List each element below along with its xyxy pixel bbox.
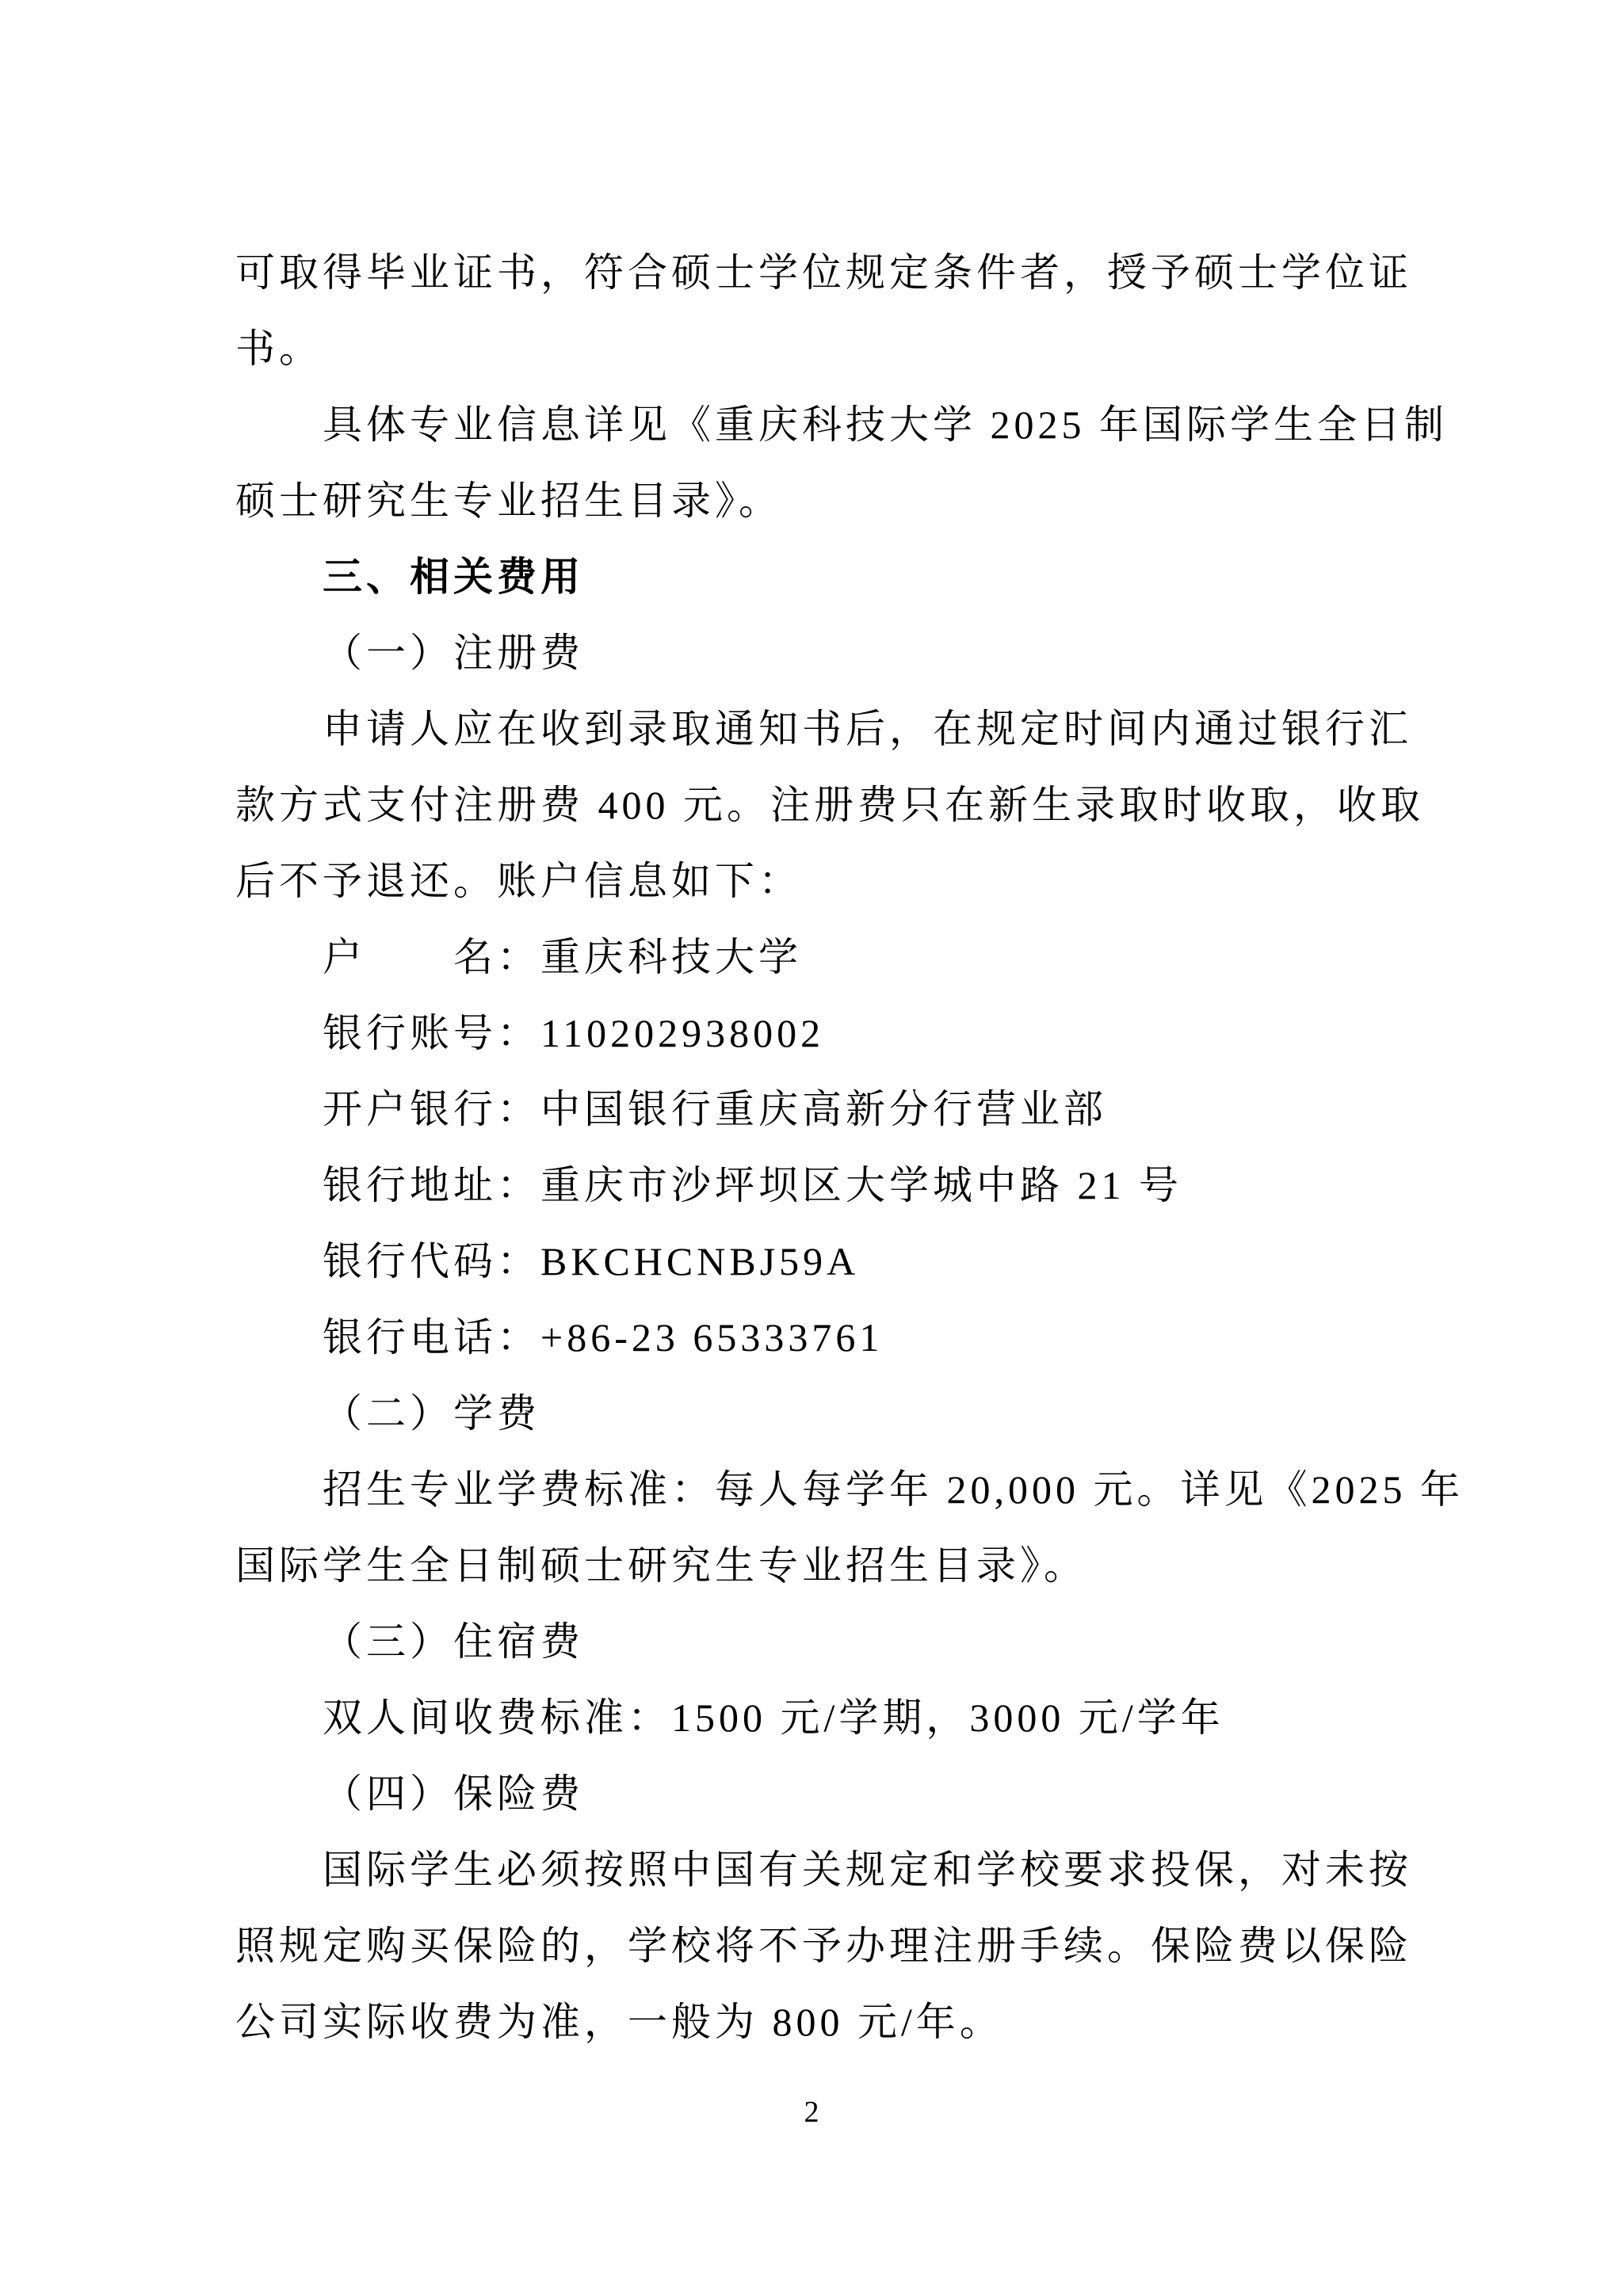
paragraph-line: 书。 [235, 311, 1413, 387]
bank-phone-line: 银行电话：+86-23 65333761 [235, 1299, 1413, 1375]
subheading-insurance-fee: （四）保险费 [235, 1756, 1413, 1832]
subheading-registration-fee: （一）注册费 [235, 615, 1413, 691]
bank-branch-line: 开户银行：中国银行重庆高新分行营业部 [235, 1071, 1413, 1147]
paragraph-line: 具体专业信息详见《重庆科技大学 2025 年国际学生全日制 [235, 387, 1413, 463]
bank-address-line: 银行地址：重庆市沙坪坝区大学城中路 21 号 [235, 1147, 1413, 1223]
paragraph-line: 公司实际收费为准，一般为 800 元/年。 [235, 1984, 1413, 2060]
page-number: 2 [0, 2088, 1623, 2136]
paragraph-line: 国际学生必须按照中国有关规定和学校要求投保，对未按 [235, 1832, 1413, 1908]
paragraph-line: 可取得毕业证书，符合硕士学位规定条件者，授予硕士学位证 [235, 235, 1413, 311]
bank-swift-code-line: 银行代码：BKCHCNBJ59A [235, 1223, 1413, 1299]
paragraph-line: 款方式支付注册费 400 元。注册费只在新生录取时收取，收取 [235, 767, 1413, 843]
account-name-line: 户 名：重庆科技大学 [235, 919, 1413, 995]
document-body: 可取得毕业证书，符合硕士学位规定条件者，授予硕士学位证 书。 具体专业信息详见《… [235, 235, 1413, 2060]
paragraph-line: 国际学生全日制硕士研究生专业招生目录》。 [235, 1527, 1413, 1604]
bank-account-number-line: 银行账号：110202938002 [235, 995, 1413, 1071]
paragraph-line: 照规定购买保险的，学校将不予办理注册手续。保险费以保险 [235, 1908, 1413, 1984]
accommodation-rate-line: 双人间收费标准：1500 元/学期，3000 元/学年 [235, 1680, 1413, 1756]
heading-related-fees: 三、相关费用 [235, 539, 1413, 615]
paragraph-line: 招生专业学费标准：每人每学年 20,000 元。详见《2025 年 [235, 1451, 1413, 1527]
paragraph-line: 申请人应在收到录取通知书后，在规定时间内通过银行汇 [235, 691, 1413, 767]
subheading-accommodation-fee: （三）住宿费 [235, 1604, 1413, 1680]
paragraph-line: 硕士研究生专业招生目录》。 [235, 463, 1413, 539]
paragraph-line: 后不予退还。账户信息如下： [235, 843, 1413, 919]
document-page: 可取得毕业证书，符合硕士学位规定条件者，授予硕士学位证 书。 具体专业信息详见《… [0, 0, 1623, 2296]
subheading-tuition-fee: （二）学费 [235, 1375, 1413, 1451]
